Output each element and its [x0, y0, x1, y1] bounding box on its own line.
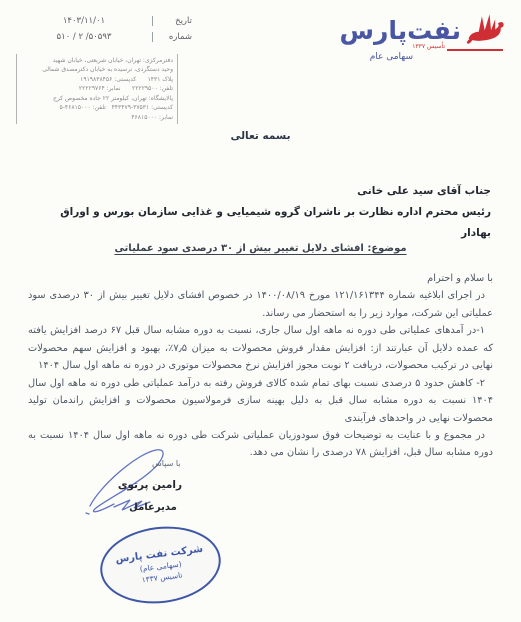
company-stamp: شرکت نفت پارس (سهامی عام) تاسیس ۱۳۳۷ [96, 520, 225, 610]
address-line: پلاک ۱۴۳۱ کدپستی: ۱۹۱۹۸۳۸۴۵۶ [21, 75, 173, 84]
address-line: پالایشگاه: تهران، کیلومتر ۲۲ جاده مخصوص … [21, 94, 173, 103]
company-logo: نفت‌پارس تأسیس ۱۳۳۷ سهامی عام [325, 10, 505, 62]
salutation: با سلام و احترام [28, 270, 493, 287]
date-value: ۱۴۰۳/۱۱/۰۱ [16, 16, 152, 26]
recipient-block: جناب آقای سید علی خانی رئیس محترم اداره … [30, 181, 491, 244]
company-name: نفت‌پارس [339, 16, 461, 45]
address-line: کدپستی: ۳۷۵۳۱-۴۴۳۴۷۹ تلفن: ۴۶۸۱۵۰۰۰-۵ [21, 103, 173, 112]
logo-established: تأسیس ۱۳۳۷ [412, 43, 445, 50]
date-label: تاریخ [152, 16, 192, 26]
body-paragraph: ۲- کاهش حدود ۵ درصدی نسبت بهای تمام شده … [28, 375, 493, 427]
signature-thanks: با سپاس [152, 459, 181, 468]
letter-meta-box: تاریخ ۱۴۰۳/۱۱/۰۱ شماره ۵۱۰ / ۲ /۵۰۵۹۳ [16, 13, 192, 45]
address-line: نمابر: ۴۶۸۱۵۰۰۰ [21, 113, 173, 122]
logo-subtitle: سهامی عام [370, 52, 413, 62]
signer-name: رامین پرتوی [124, 479, 182, 491]
address-line: وحید دستگردی، نرسیده به خیابان دکترمصدق … [21, 65, 173, 74]
body-paragraph: ۱-در آمدهای عملیاتی طی دوره نه ماهه اول … [28, 322, 493, 374]
letter-page: نفت‌پارس تأسیس ۱۳۳۷ سهامی عام تاریخ ۱۴۰۳… [0, 0, 521, 622]
recipient-name: جناب آقای سید علی خانی [30, 181, 491, 202]
body-paragraph: در اجرای ابلاغیه شماره ۱۲۱/۱۶۱۳۴۴ مورخ ۱… [28, 287, 493, 322]
address-line: دفترمرکزی: تهران، خیابان شریعتی، خیابان … [21, 56, 173, 65]
head-office-address: دفترمرکزی: تهران، خیابان شریعتی، خیابان … [16, 54, 178, 95]
subject-line: موضوع: افشای دلایل تغییر بیش از ۳۰ درصدی… [0, 243, 521, 254]
logo-red-underline [447, 49, 503, 51]
date-row: تاریخ ۱۴۰۳/۱۱/۰۱ [16, 13, 192, 29]
letter-body: با سلام و احترام در اجرای ابلاغیه شماره … [28, 270, 493, 462]
recipient-title: رئیس محترم اداره نظارت بر ناشران گروه شی… [30, 202, 491, 244]
winged-lion-icon [463, 12, 505, 46]
refinery-address: پالایشگاه: تهران، کیلومتر ۲۲ جاده مخصوص … [16, 92, 178, 124]
number-label: شماره [152, 32, 192, 42]
besmele-heading: بسمه تعالی [0, 130, 521, 142]
number-row: شماره ۵۱۰ / ۲ /۵۰۵۹۳ [16, 29, 192, 45]
signer-role: مدیرعامل [127, 502, 179, 513]
number-value: ۵۱۰ / ۲ /۵۰۵۹۳ [16, 32, 152, 42]
